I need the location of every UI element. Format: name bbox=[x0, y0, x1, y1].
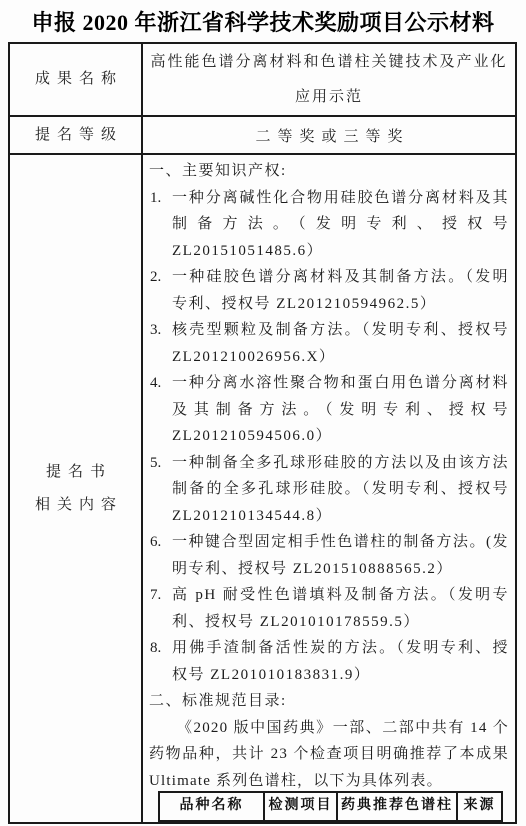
patent-number: 4. bbox=[150, 370, 161, 397]
patent-number: 5. bbox=[150, 450, 161, 477]
result-name-label-cell: 成果名称 bbox=[10, 44, 143, 115]
patent-number: 1. bbox=[150, 185, 161, 212]
nomination-grade-label: 提名等级 bbox=[35, 119, 123, 152]
header-recommended-column: 药典推荐色谱柱 bbox=[337, 792, 457, 821]
table-row-nomination-book: 提名书 相关内容 一、主要知识产权: 1. 一种分离碱性化合物用硅胶色谱分离材料… bbox=[10, 155, 515, 822]
patent-item: 2. 一种硅胶色谱分离材料及其制备方法。（发明专利、授权号 ZL20121059… bbox=[149, 264, 509, 317]
patent-item: 5. 一种制备全多孔球形硅胶的方法以及由该方法制备的全多孔球形硅胶。（发明专利、… bbox=[149, 450, 509, 530]
patent-item: 8. 用佛手渣制备活性炭的方法。（发明专利、授权号 ZL201010183831… bbox=[149, 635, 509, 688]
disclosure-table: 成果名称 高性能色谱分离材料和色谱柱关键技术及产业化 应用示范 提名等级 二等奖… bbox=[8, 42, 517, 824]
pharmacopoeia-paragraph: 《2020 版中国药典》一部、二部中共有 14 个药物品种，共计 23 个检查项… bbox=[149, 715, 509, 795]
section2-heading: 二、标准规范目录: bbox=[149, 688, 509, 715]
patent-text: 一种制备全多孔球形硅胶的方法以及由该方法制备的全多孔球形硅胶。（发明专利、授权号… bbox=[172, 455, 509, 524]
patent-number: 7. bbox=[150, 582, 161, 609]
table-row-nomination-grade: 提名等级 二等奖或三等奖 bbox=[10, 117, 515, 155]
patent-number: 2. bbox=[150, 264, 161, 291]
patent-item: 4. 一种分离水溶性聚合物和蛋白用色谱分离材料及其制备方法。（发明专利、授权号 … bbox=[149, 370, 509, 450]
patent-item: 7. 高 pH 耐受性色谱填料及制备方法。（发明专利、授权号 ZL2010101… bbox=[149, 582, 509, 635]
patent-text: 用佛手渣制备活性炭的方法。（发明专利、授权号 ZL201010183831.9） bbox=[172, 640, 509, 683]
patent-item: 6. 一种键合型固定相手性色谱柱的制备方法。(发明专利、授权号 ZL201510… bbox=[149, 529, 509, 582]
page-title: 申报 2020 年浙江省科学技术奖励项目公示材料 bbox=[0, 0, 526, 37]
header-test-item: 检测项目 bbox=[264, 792, 337, 821]
patent-text: 高 pH 耐受性色谱填料及制备方法。（发明专利、授权号 ZL2010101785… bbox=[172, 587, 509, 630]
patent-number: 8. bbox=[150, 635, 161, 662]
patent-text: 一种分离碱性化合物用硅胶色谱分离材料及其制备方法。（发明专利、授权号 ZL201… bbox=[172, 190, 509, 259]
patent-text: 一种硅胶色谱分离材料及其制备方法。（发明专利、授权号 ZL20121059496… bbox=[172, 269, 509, 312]
document-page: 申报 2020 年浙江省科学技术奖励项目公示材料 成果名称 高性能色谱分离材料和… bbox=[0, 0, 526, 826]
result-name-value-line1: 高性能色谱分离材料和色谱柱关键技术及产业化 bbox=[150, 45, 507, 80]
result-name-value-line2: 应用示范 bbox=[295, 80, 363, 115]
header-variety-name: 品种名称 bbox=[159, 792, 264, 821]
nomination-book-label-line2: 相关内容 bbox=[35, 489, 123, 522]
result-name-value-cell: 高性能色谱分离材料和色谱柱关键技术及产业化 应用示范 bbox=[143, 44, 515, 115]
patent-text: 核壳型颗粒及制备方法。（发明专利、授权号 ZL201210026956.X） bbox=[172, 322, 509, 365]
nomination-grade-value: 二等奖或三等奖 bbox=[143, 117, 515, 153]
header-source: 来源 bbox=[457, 792, 502, 821]
recommended-columns-table: 品种名称 检测项目 药典推荐色谱柱 来源 bbox=[158, 791, 503, 822]
table-row-result-name: 成果名称 高性能色谱分离材料和色谱柱关键技术及产业化 应用示范 bbox=[10, 44, 515, 117]
patent-text: 一种键合型固定相手性色谱柱的制备方法。(发明专利、授权号 ZL201510888… bbox=[172, 534, 509, 577]
section1-heading: 一、主要知识产权: bbox=[149, 158, 509, 185]
patent-item: 1. 一种分离碱性化合物用硅胶色谱分离材料及其制备方法。（发明专利、授权号 ZL… bbox=[149, 185, 509, 265]
patent-item: 3. 核壳型颗粒及制备方法。（发明专利、授权号 ZL201210026956.X… bbox=[149, 317, 509, 370]
patent-number: 3. bbox=[150, 317, 161, 344]
patent-number: 6. bbox=[150, 529, 161, 556]
recommended-columns-header-row: 品种名称 检测项目 药典推荐色谱柱 来源 bbox=[159, 792, 502, 821]
nomination-book-label-line1: 提名书 bbox=[46, 456, 112, 489]
patent-text: 一种分离水溶性聚合物和蛋白用色谱分离材料及其制备方法。（发明专利、授权号 ZL2… bbox=[172, 375, 509, 444]
result-name-label: 成果名称 bbox=[35, 63, 123, 96]
nomination-grade-label-cell: 提名等级 bbox=[10, 117, 143, 153]
nomination-book-content-cell: 一、主要知识产权: 1. 一种分离碱性化合物用硅胶色谱分离材料及其制备方法。（发… bbox=[143, 155, 515, 822]
nomination-book-label-cell: 提名书 相关内容 bbox=[10, 155, 143, 822]
